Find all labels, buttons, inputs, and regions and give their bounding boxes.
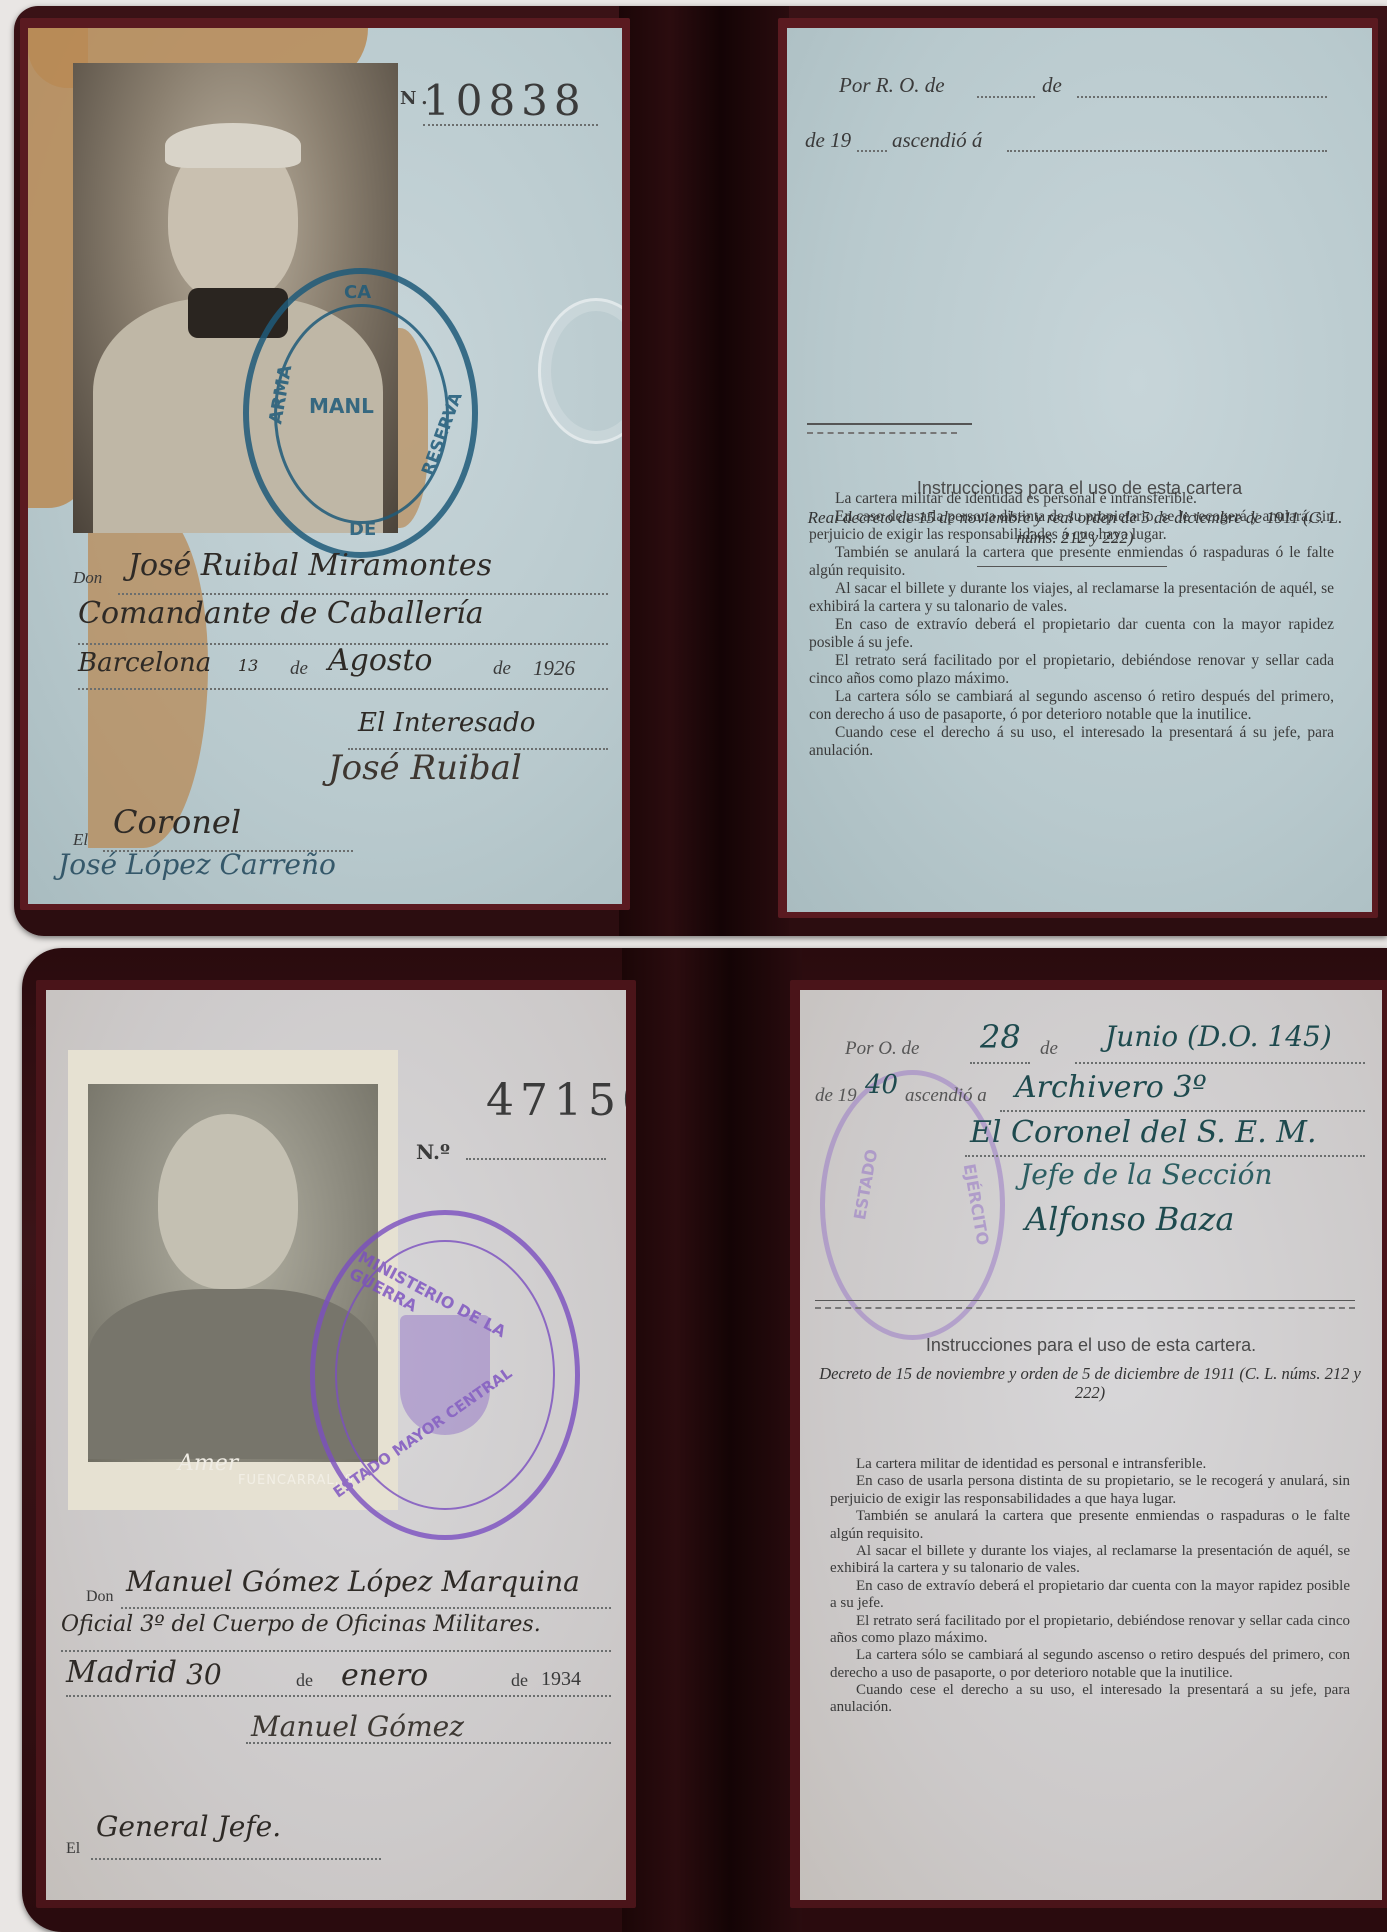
- instruction-paragraph: La cartera sólo se cambiará al segundo a…: [830, 1647, 1350, 1682]
- instructions-paragraphs: La cartera militar de identidad es perso…: [830, 1456, 1350, 1717]
- instruction-paragraph: La cartera sólo se cambiará al segundo a…: [809, 688, 1334, 724]
- embossed-seal-icon: [538, 298, 622, 444]
- promoted-rank: Archivero 3º: [1015, 1070, 1207, 1105]
- instruction-paragraph: La cartera militar de identidad es perso…: [830, 1456, 1350, 1473]
- purple-ink-stamp: MINISTERIO DE LA GUERRA ESTADO MAYOR CEN…: [310, 1210, 580, 1540]
- id-card-1-left-page: N. 10838 CA ARMA MANL RESERVA DE Don Jos…: [28, 28, 622, 904]
- dotted-line: [1000, 1110, 1365, 1112]
- decree-reference: Decreto de 15 de noviembre y orden de 5 …: [810, 1365, 1370, 1403]
- dotted-line: [78, 688, 608, 690]
- el-label: El: [73, 830, 88, 850]
- instruction-paragraph: Cuando cese el derecho a su uso, el inte…: [830, 1682, 1350, 1717]
- card-number: 10838: [423, 76, 587, 125]
- signer-title: Coronel: [113, 803, 241, 841]
- dotted-line: [121, 1607, 611, 1609]
- divider-wavy: [815, 1303, 1355, 1309]
- holder-name: Manuel Gómez López Marquina: [126, 1565, 580, 1598]
- portrait-hair: [165, 123, 301, 168]
- instruction-paragraph: Cuando cese el derecho á su uso, el inte…: [809, 724, 1334, 760]
- instruction-paragraph: También se anulará la cartera que presen…: [830, 1508, 1350, 1543]
- photo-signature: Amer: [178, 1451, 238, 1476]
- promoted-label: ascendió a: [905, 1085, 987, 1107]
- instruction-paragraph: En caso de extravío deberá el propietari…: [830, 1578, 1350, 1613]
- stamp-text-right: EJÉRCITO: [960, 1162, 993, 1246]
- issue-place: Barcelona: [78, 648, 211, 678]
- issue-month: Agosto: [328, 643, 432, 678]
- de-label: de: [290, 658, 308, 680]
- instruction-paragraph: La cartera militar de identidad es perso…: [809, 490, 1334, 508]
- issue-month: enero: [341, 1658, 428, 1693]
- divider-rule: [807, 423, 972, 425]
- endorsement-signature: Alfonso Baza: [1025, 1200, 1234, 1238]
- order-day: 28: [980, 1018, 1021, 1056]
- de-label: de: [493, 658, 511, 680]
- instruction-paragraph: En caso de usarla persona distinta de su…: [830, 1473, 1350, 1508]
- dotted-line: [66, 1695, 611, 1697]
- dotted-line: [970, 1062, 1030, 1064]
- dotted-line: [1007, 150, 1327, 152]
- instruction-paragraph: En caso de usarla persona distinta de su…: [809, 508, 1334, 544]
- year-label: de 19: [815, 1085, 857, 1107]
- dotted-line: [91, 1858, 381, 1860]
- dotted-line: [246, 1742, 611, 1744]
- wallet-spine: [619, 6, 789, 936]
- dotted-line: [61, 1650, 611, 1652]
- interesado-label: El Interesado: [358, 708, 535, 738]
- don-label: Don: [86, 1588, 114, 1606]
- don-label: Don: [73, 568, 102, 588]
- issue-year: 1926: [533, 656, 575, 681]
- card-number: 47150: [486, 1075, 626, 1126]
- instruction-paragraph: Al sacar el billete y durante los viajes…: [830, 1543, 1350, 1578]
- promotion-year: 40: [865, 1070, 898, 1100]
- ro-label: Por O. de: [845, 1038, 919, 1060]
- de-label: de: [1040, 1038, 1058, 1060]
- year-label: de 19: [805, 128, 851, 153]
- dotted-line: [1075, 1062, 1365, 1064]
- instruction-paragraph: También se anulará la cartera que presen…: [809, 544, 1334, 580]
- dotted-line: [118, 593, 608, 595]
- instruction-paragraph: El retrato será facilitado por el propie…: [830, 1613, 1350, 1648]
- id-card-2-right-page: ESTADO EJÉRCITO Por O. de 28 de Junio (D…: [800, 990, 1382, 1900]
- dotted-line: [857, 150, 887, 152]
- divider-wavy: [807, 428, 957, 434]
- de-label: de: [296, 1670, 313, 1691]
- portrait-head: [158, 1114, 298, 1289]
- order-month: Junio (D.O. 145): [1105, 1020, 1332, 1053]
- holder-signature: José Ruibal: [328, 748, 522, 788]
- issue-year: 1934: [541, 1668, 581, 1691]
- instructions-title: Instrucciones para el uso de esta carter…: [800, 1335, 1382, 1356]
- stamp-text-left: ESTADO: [850, 1148, 881, 1222]
- instructions-paragraphs: La cartera militar de identidad es perso…: [809, 490, 1334, 760]
- holder-rank: Comandante de Caballería: [78, 596, 484, 631]
- dotted-line: [977, 96, 1035, 98]
- dotted-line: [1077, 96, 1327, 98]
- holder-name: José Ruibal Miramontes: [128, 548, 492, 583]
- instruction-paragraph: El retrato será facilitado por el propie…: [809, 652, 1334, 688]
- issue-place: Madrid: [66, 1655, 177, 1690]
- signer-title: General Jefe.: [96, 1810, 281, 1843]
- de-label: de: [511, 1670, 528, 1691]
- coat-of-arms-icon: [400, 1315, 490, 1435]
- endorsement-line-1: El Coronel del S. E. M.: [970, 1115, 1317, 1150]
- holder-rank: Oficial 3º del Cuerpo de Oficinas Milita…: [61, 1612, 541, 1637]
- divider-rule: [815, 1300, 1355, 1301]
- promoted-label: ascendió á: [892, 128, 982, 153]
- signer-signature: José López Carreño: [58, 848, 336, 881]
- dotted-line: [965, 1155, 1365, 1157]
- blue-ink-stamp: CA ARMA MANL RESERVA DE: [243, 268, 478, 558]
- endorsement-line-2: Jefe de la Sección: [1020, 1158, 1273, 1191]
- instruction-paragraph: Al sacar el billete y durante los viajes…: [809, 580, 1334, 616]
- id-card-1-right-page: Por R. O. de de de 19 ascendió á Instruc…: [787, 28, 1372, 912]
- stamp-text-middle: MANL: [309, 394, 374, 418]
- issue-day: 13: [238, 656, 258, 675]
- de-label: de: [1042, 73, 1062, 98]
- stamp-text-top: CA: [344, 282, 371, 303]
- issue-day: 30: [186, 1658, 222, 1691]
- dotted-line: [466, 1158, 606, 1160]
- ro-label: Por R. O. de: [839, 73, 945, 98]
- holder-signature: Manuel Gómez: [251, 1710, 464, 1743]
- instruction-paragraph: En caso de extravío deberá el propietari…: [809, 616, 1334, 652]
- el-label: El: [66, 1840, 80, 1858]
- card-number-prefix: N.º: [416, 1140, 450, 1164]
- wallet-spine: [622, 948, 802, 1932]
- stamp-text-bottom: DE: [349, 519, 376, 540]
- dotted-line: [423, 124, 598, 126]
- id-card-2-left-page: FUENCARRAL, 9 Amer 47150 N.º MINISTERIO …: [46, 990, 626, 1900]
